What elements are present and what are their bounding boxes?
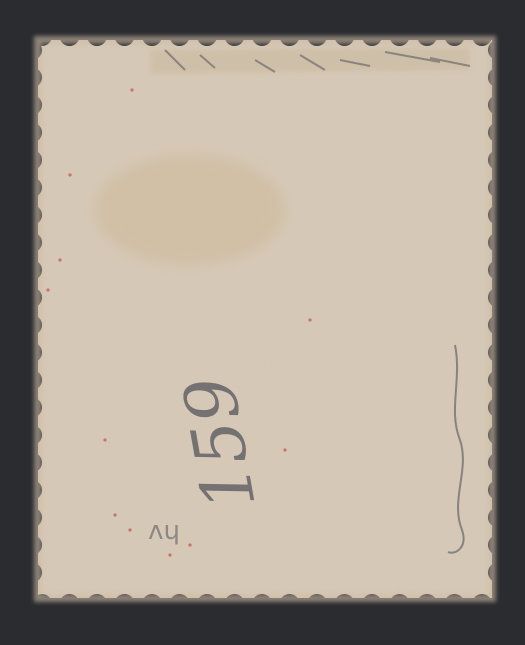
stain — [95, 155, 285, 265]
stamp-photo: 159hv — [0, 0, 525, 645]
stamp-back-image: 159hv — [0, 0, 525, 645]
paper-texture — [38, 40, 492, 598]
pencil-note-bottom: hv — [148, 518, 180, 548]
stamp: 159hv — [22, 26, 508, 614]
